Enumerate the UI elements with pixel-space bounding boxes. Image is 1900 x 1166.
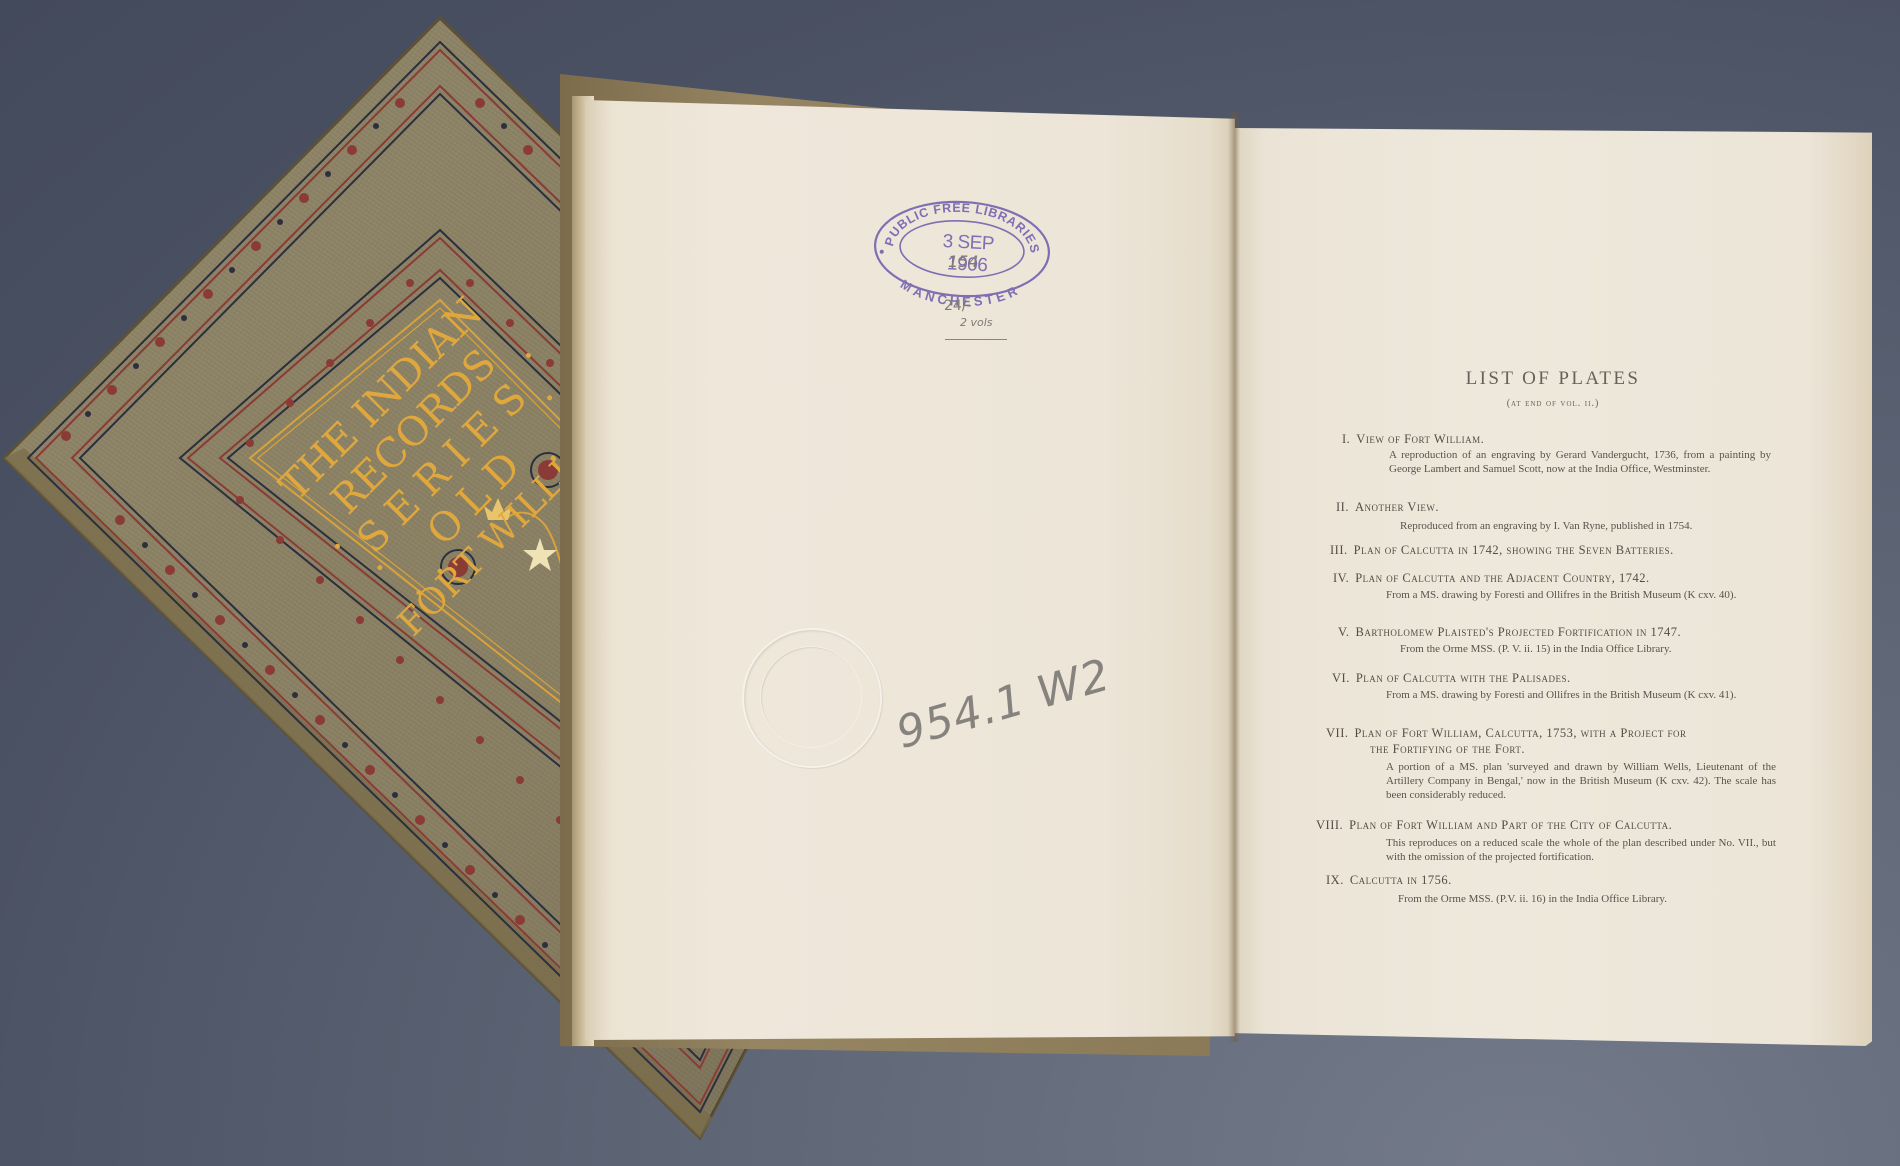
plate-description: A reproduction of an engraving by Gerard…	[1389, 448, 1771, 476]
plate-description: From the Orme MSS. (P.V. ii. 16) in the …	[1398, 892, 1798, 906]
plates-subtitle: (at end of vol. ii.)	[1234, 398, 1872, 409]
plate-title-continued: the Fortifying of the Fort.	[1370, 742, 1525, 757]
plate-number: I.	[1342, 432, 1350, 447]
plate-title: IX.Calcutta in 1756.	[1326, 873, 1452, 888]
plate-title: VII.Plan of Fort William, Calcutta, 1753…	[1326, 726, 1686, 741]
plate-title: II.Another View.	[1336, 500, 1439, 515]
plate-title: VIII.Plan of Fort William and Part of th…	[1316, 818, 1672, 833]
plate-title: VI.Plan of Calcutta with the Palisades.	[1332, 671, 1571, 686]
plate-title: III.Plan of Calcutta in 1742, showing th…	[1330, 543, 1674, 558]
list-of-plates: LIST OF PLATES (at end of vol. ii.) I.Vi…	[1234, 128, 1872, 1046]
plate-title: IV.Plan of Calcutta and the Adjacent Cou…	[1333, 571, 1650, 586]
plate-description: From the Orme MSS. (P. V. ii. 15) in the…	[1400, 642, 1780, 656]
plate-title: V.Bartholomew Plaisted's Projected Forti…	[1338, 625, 1681, 640]
plate-description: This reproduces on a reduced scale the w…	[1386, 836, 1776, 864]
plate-title: I.View of Fort William.	[1342, 432, 1484, 447]
pencil-underline	[945, 339, 1007, 340]
plate-description: From a MS. drawing by Foresti and Ollifr…	[1386, 588, 1774, 602]
price-note: 24/-	[944, 298, 972, 314]
plates-title: LIST OF PLATES	[1234, 368, 1872, 390]
embossed-seal-icon	[742, 628, 882, 768]
accession-number: 154	[948, 252, 979, 271]
library-stamp: PUBLIC FREE LIBRARIES MANCHESTER 3 SEP 1…	[871, 195, 1054, 302]
plate-description: Reproduced from an engraving by I. Van R…	[1400, 519, 1780, 533]
plate-description: A portion of a MS. plan 'surveyed and dr…	[1386, 760, 1776, 802]
plate-description: From a MS. drawing by Foresti and Ollifr…	[1386, 688, 1774, 702]
volumes-note: 2 vols	[960, 316, 993, 329]
